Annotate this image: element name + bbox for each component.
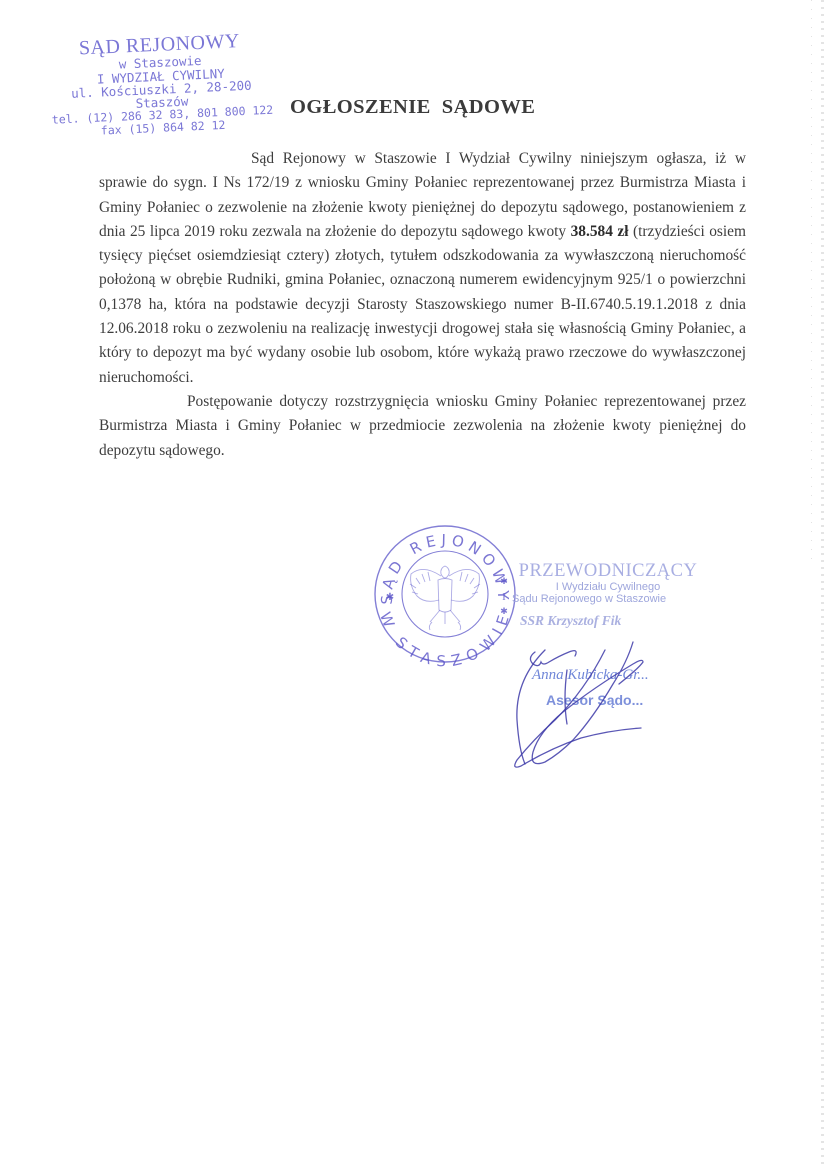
document-body: Sąd Rejonowy w Staszowie I Wydział Cywil… (99, 147, 746, 463)
scan-border-inner (811, 0, 812, 560)
document-title: OGŁOSZENIE SĄDOWE (290, 96, 535, 119)
assessor-role: Asesor Sądo... (546, 693, 649, 707)
document-page: SĄD REJONOWY w Staszowie I WYDZIAŁ CYWIL… (0, 0, 826, 1168)
chairman-court: Sądu Rejonowego w Staszowie (508, 594, 708, 605)
svg-text:✱: ✱ (386, 592, 394, 603)
paragraph-subject: Postępowanie dotyczy rozstrzygnięcia wni… (99, 390, 746, 463)
paragraph-main: Sąd Rejonowy w Staszowie I Wydział Cywil… (99, 147, 746, 390)
chairman-name: SSR Krzysztof Fik (508, 614, 708, 628)
court-header-stamp: SĄD REJONOWY w Staszowie I WYDZIAŁ CYWIL… (44, 30, 278, 139)
svg-text:SĄD REJONOWY: SĄD REJONOWY (378, 531, 512, 605)
svg-text:✱: ✱ (500, 576, 508, 586)
svg-text:I: I (502, 591, 506, 603)
paragraph-main-rest: (trzydzieści osiem tysięcy pięćset osiem… (99, 223, 746, 386)
assessor-name: Anna Kubicka-Gr... (532, 668, 649, 683)
chairman-stamp: PRZEWODNICZĄCY I Wydziału Cywilnego Sądu… (508, 562, 708, 627)
svg-text:✱: ✱ (500, 606, 508, 616)
seal-eagle-icon: SĄD REJONOWY W STASZOWIE ✱ ✱ I ✱ (370, 518, 520, 668)
scan-border (821, 0, 824, 1168)
court-seal: SĄD REJONOWY W STASZOWIE ✱ ✱ I ✱ (370, 518, 520, 668)
assessor-stamp: Anna Kubicka-Gr... Asesor Sądo... (532, 668, 649, 707)
chairman-title: PRZEWODNICZĄCY (508, 562, 708, 581)
deposit-amount: 38.584 zł (571, 223, 629, 240)
chairman-division: I Wydziału Cywilnego (508, 582, 708, 593)
